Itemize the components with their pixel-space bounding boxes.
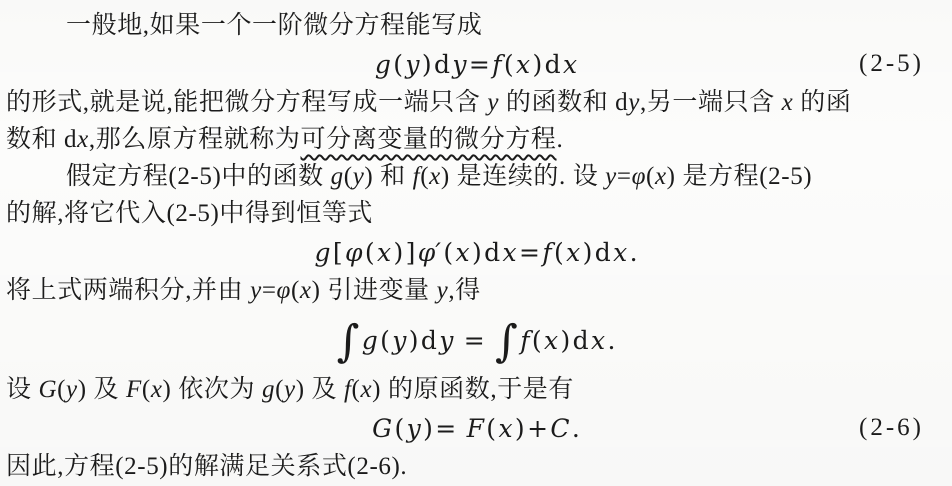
display-equation-2-5-row: g(y)dy=f(x)dx (2-5) [6,44,946,84]
para3-line1: 设 G(y) 及 F(x) 依次为 g(y) 及 f(x) 的原函数,于是有 [6,371,946,408]
para3-line2: 因此,方程(2-5)的解满足关系式(2-6). [6,448,946,485]
equation-tag-2-5: (2-5) [859,50,924,78]
display-equation-identity: g[φ(x)]φ′(x)dx=f(x)dx. [313,238,638,267]
display-equation-2-6: G(y)= F(x)+C. [371,414,581,443]
equation-tag-2-6: (2-6) [859,414,924,442]
display-equation-2-5: g(y)dy=f(x)dx [374,50,579,79]
display-equation-identity-row: g[φ(x)]φ′(x)dx=f(x)dx. [6,232,946,272]
para2-line3: 将上式两端积分,并由 y=φ(x) 引进变量 y,得 [6,272,946,309]
para1-line1: 一般地,如果一个一阶微分方程能写成 [6,7,946,44]
textbook-page: 一般地,如果一个一阶微分方程能写成 g(y)dy=f(x)dx (2-5) 的形… [0,0,952,486]
display-equation-integral-row: ∫g(y)dy = ∫f(x)dx. [6,309,946,371]
para2-line1: 假定方程(2-5)中的函数 g(y) 和 f(x) 是连续的. 设 y=φ(x)… [6,158,946,195]
display-equation-2-6-row: G(y)= F(x)+C. (2-6) [6,408,946,448]
para1-line2: 的形式,就是说,能把微分方程写成一端只含 y 的函数和 dy,另一端只含 x 的… [6,84,946,121]
para2-line2: 的解,将它代入(2-5)中得到恒等式 [6,195,946,232]
para1-line3: 数和 dx,那么原方程就称为可分离变量的微分方程. [6,121,946,158]
display-equation-integral: ∫g(y)dy = ∫f(x)dx. [335,326,616,355]
